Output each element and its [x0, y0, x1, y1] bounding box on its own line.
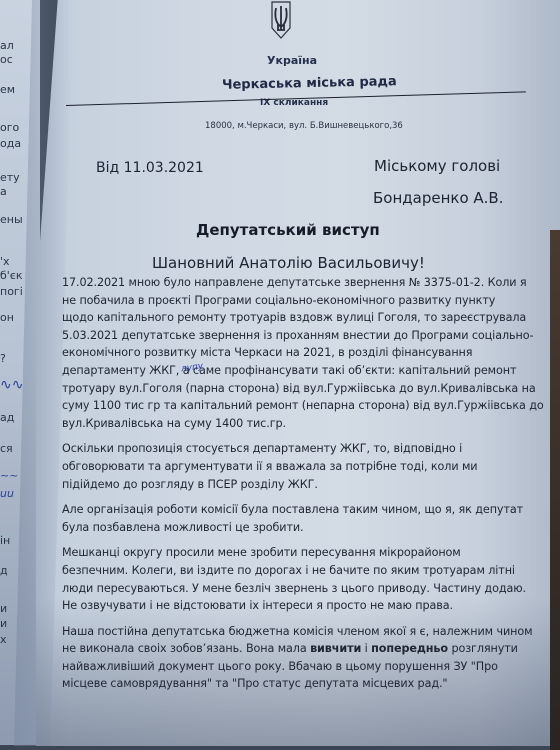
- paragraph: Оскільки пропозиція стосується департаме…: [62, 440, 532, 493]
- addressee-name: Бондаренко А.В.: [373, 189, 504, 207]
- document-title: Депутатський виступ: [196, 221, 380, 239]
- paragraph: Наша постійна депутатська бюджетна коміс…: [62, 623, 532, 693]
- paragraph: Але організація роботи комісії була пост…: [62, 501, 532, 536]
- addressee-title: Міському голові: [374, 157, 500, 175]
- text-line: обговорювати та аргументувати ії я вважа…: [62, 458, 532, 476]
- country-name: Україна: [267, 54, 317, 67]
- council-name: Черкаська міська рада: [222, 74, 397, 93]
- council-address: 18000, м.Черкаси, вул. Б.Вишневецького,3…: [205, 121, 403, 131]
- bold-text: попередньо: [371, 642, 448, 655]
- text-line: Оскільки пропозиція стосується департаме…: [62, 440, 532, 458]
- text-line: Не озвучувати і не відстоювати іх інтере…: [62, 597, 532, 615]
- salutation: Шановний Анатолію Васильовичу!: [152, 254, 425, 272]
- text-line: департаменту ЖКГ, а саме профінансувати …: [62, 362, 532, 380]
- text-line: вул.Кривалівська на суму 1400 тис.гр.: [62, 415, 532, 433]
- text-line: суму 1100 тис гр та капітальний ремонт (…: [62, 397, 532, 415]
- text-segment: не виконала своіх зобов’язань. Вона мала: [62, 642, 310, 655]
- text-line: безпечним. Колеги, ви іздите по дорогах …: [62, 562, 532, 580]
- text-line: підійдемо до розгляду в ПСЕР розділу ЖКГ…: [62, 476, 532, 494]
- bold-text: вивчити: [310, 642, 361, 655]
- text-line: щодо капітального ремонту тротуарів вздо…: [62, 309, 532, 327]
- text-segment: і: [361, 642, 371, 655]
- text-line: люди пересуваються. У мене безліч зверне…: [62, 580, 532, 598]
- paragraph: 17.02.2021 мною було направлене депутатс…: [62, 274, 532, 432]
- document-date: Від 11.03.2021: [96, 160, 204, 176]
- text-line: тротуару вул.Гоголя (парна сторона) від …: [62, 380, 532, 398]
- text-line: економічного розвитку міста Черкаси на 2…: [62, 344, 532, 362]
- text-line: 5.03.2021 депутатське звернення із проха…: [62, 327, 532, 345]
- text-segment: розглянути: [448, 642, 518, 655]
- text-line: місцеве самоврядування" та "Про статус д…: [62, 675, 532, 693]
- trident-icon: [270, 0, 292, 40]
- text-line: Але організація роботи комісії була пост…: [62, 501, 532, 519]
- text-line-mixed: не виконала своіх зобов’язань. Вона мала…: [62, 640, 532, 658]
- document-content: Україна Черкаська міська рада IX скликан…: [0, 0, 560, 750]
- text-line: 17.02.2021 мною було направлене депутатс…: [62, 274, 532, 292]
- text-line: Мешканці округу просили мене зробити пер…: [62, 544, 532, 562]
- text-line: була позбавлена можливості це зробити.: [62, 519, 532, 537]
- text-line: найважливіший документ цього року. Вбача…: [62, 658, 532, 676]
- document-body: 17.02.2021 мною було направлене депутатс…: [62, 274, 532, 701]
- paragraph: Мешканці округу просили мене зробити пер…: [62, 544, 532, 614]
- text-line: не побачила в проєкті Програми соціально…: [62, 292, 532, 310]
- text-line: Наша постійна депутатська бюджетна коміс…: [62, 623, 532, 641]
